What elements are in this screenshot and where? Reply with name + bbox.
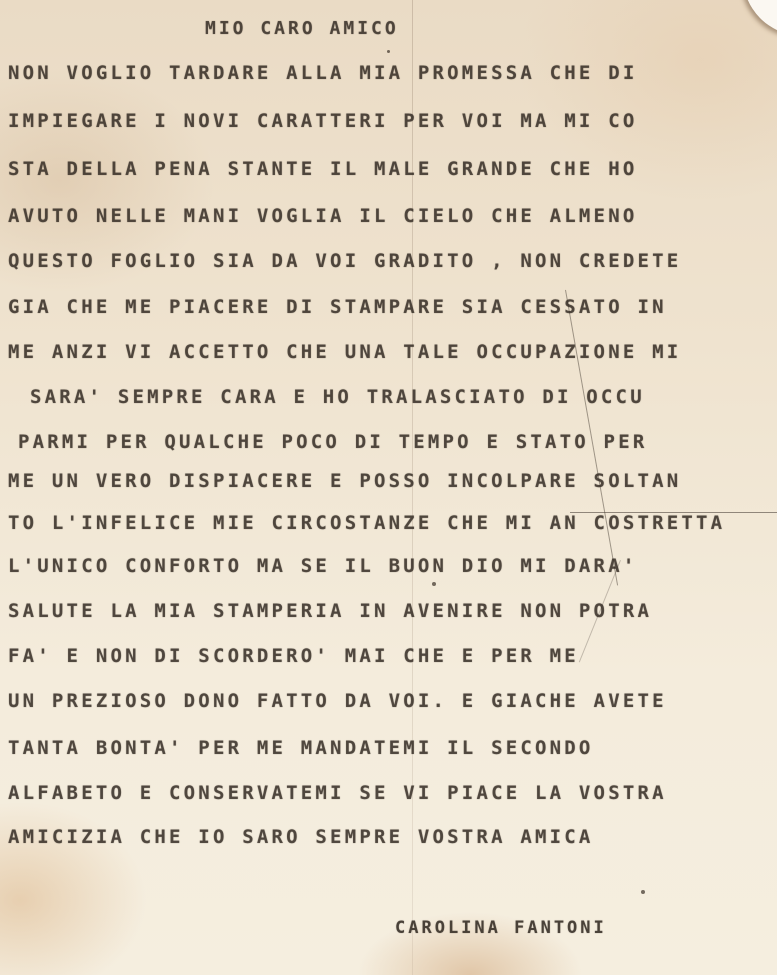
letter-line: SALUTE LA MIA STAMPERIA IN AVENIRE NON P… bbox=[8, 600, 652, 622]
letter-line: L'UNICO CONFORTO MA SE IL BUON DIO MI DA… bbox=[8, 555, 637, 577]
letter-line: ALFABETO E CONSERVATEMI SE VI PIACE LA V… bbox=[8, 782, 667, 804]
letter-line: FA' E NON DI SCORDERO' MAI CHE E PER ME bbox=[8, 645, 579, 667]
letter-line: UN PREZIOSO DONO FATTO DA VOI. E GIACHE … bbox=[8, 690, 667, 712]
letter-line: TO L'INFELICE MIE CIRCOSTANZE CHE MI AN … bbox=[8, 512, 725, 534]
letter-line: SARA' SEMPRE CARA E HO TRALASCIATO DI OC… bbox=[30, 386, 645, 408]
letter-signature: CAROLINA FANTONI bbox=[395, 918, 607, 938]
letter-line: GIA CHE ME PIACERE DI STAMPARE SIA CESSA… bbox=[8, 296, 667, 318]
letter-line: IMPIEGARE I NOVI CARATTERI PER VOI MA MI… bbox=[8, 110, 637, 132]
ink-speck bbox=[387, 50, 390, 53]
ink-speck bbox=[641, 890, 645, 894]
letter-line: QUESTO FOGLIO SIA DA VOI GRADITO , NON C… bbox=[8, 250, 681, 272]
letter-line: AVUTO NELLE MANI VOGLIA IL CIELO CHE ALM… bbox=[8, 205, 637, 227]
letter-line: ME UN VERO DISPIACERE E POSSO INCOLPARE … bbox=[8, 470, 681, 492]
letter-page: MIO CARO AMICO NON VOGLIO TARDARE ALLA M… bbox=[0, 0, 777, 975]
letter-salutation: MIO CARO AMICO bbox=[205, 18, 399, 39]
letter-line: ME ANZI VI ACCETTO CHE UNA TALE OCCUPAZI… bbox=[8, 341, 681, 363]
letter-line: STA DELLA PENA STANTE IL MALE GRANDE CHE… bbox=[8, 158, 637, 180]
letter-line: AMICIZIA CHE IO SARO SEMPRE VOSTRA AMICA bbox=[8, 826, 594, 848]
ink-speck bbox=[432, 582, 436, 586]
letter-line: NON VOGLIO TARDARE ALLA MIA PROMESSA CHE… bbox=[8, 62, 637, 84]
letter-line: PARMI PER QUALCHE POCO DI TEMPO E STATO … bbox=[18, 431, 647, 453]
letter-line: TANTA BONTA' PER ME MANDATEMI IL SECONDO bbox=[8, 737, 594, 759]
folded-corner bbox=[732, 0, 777, 37]
